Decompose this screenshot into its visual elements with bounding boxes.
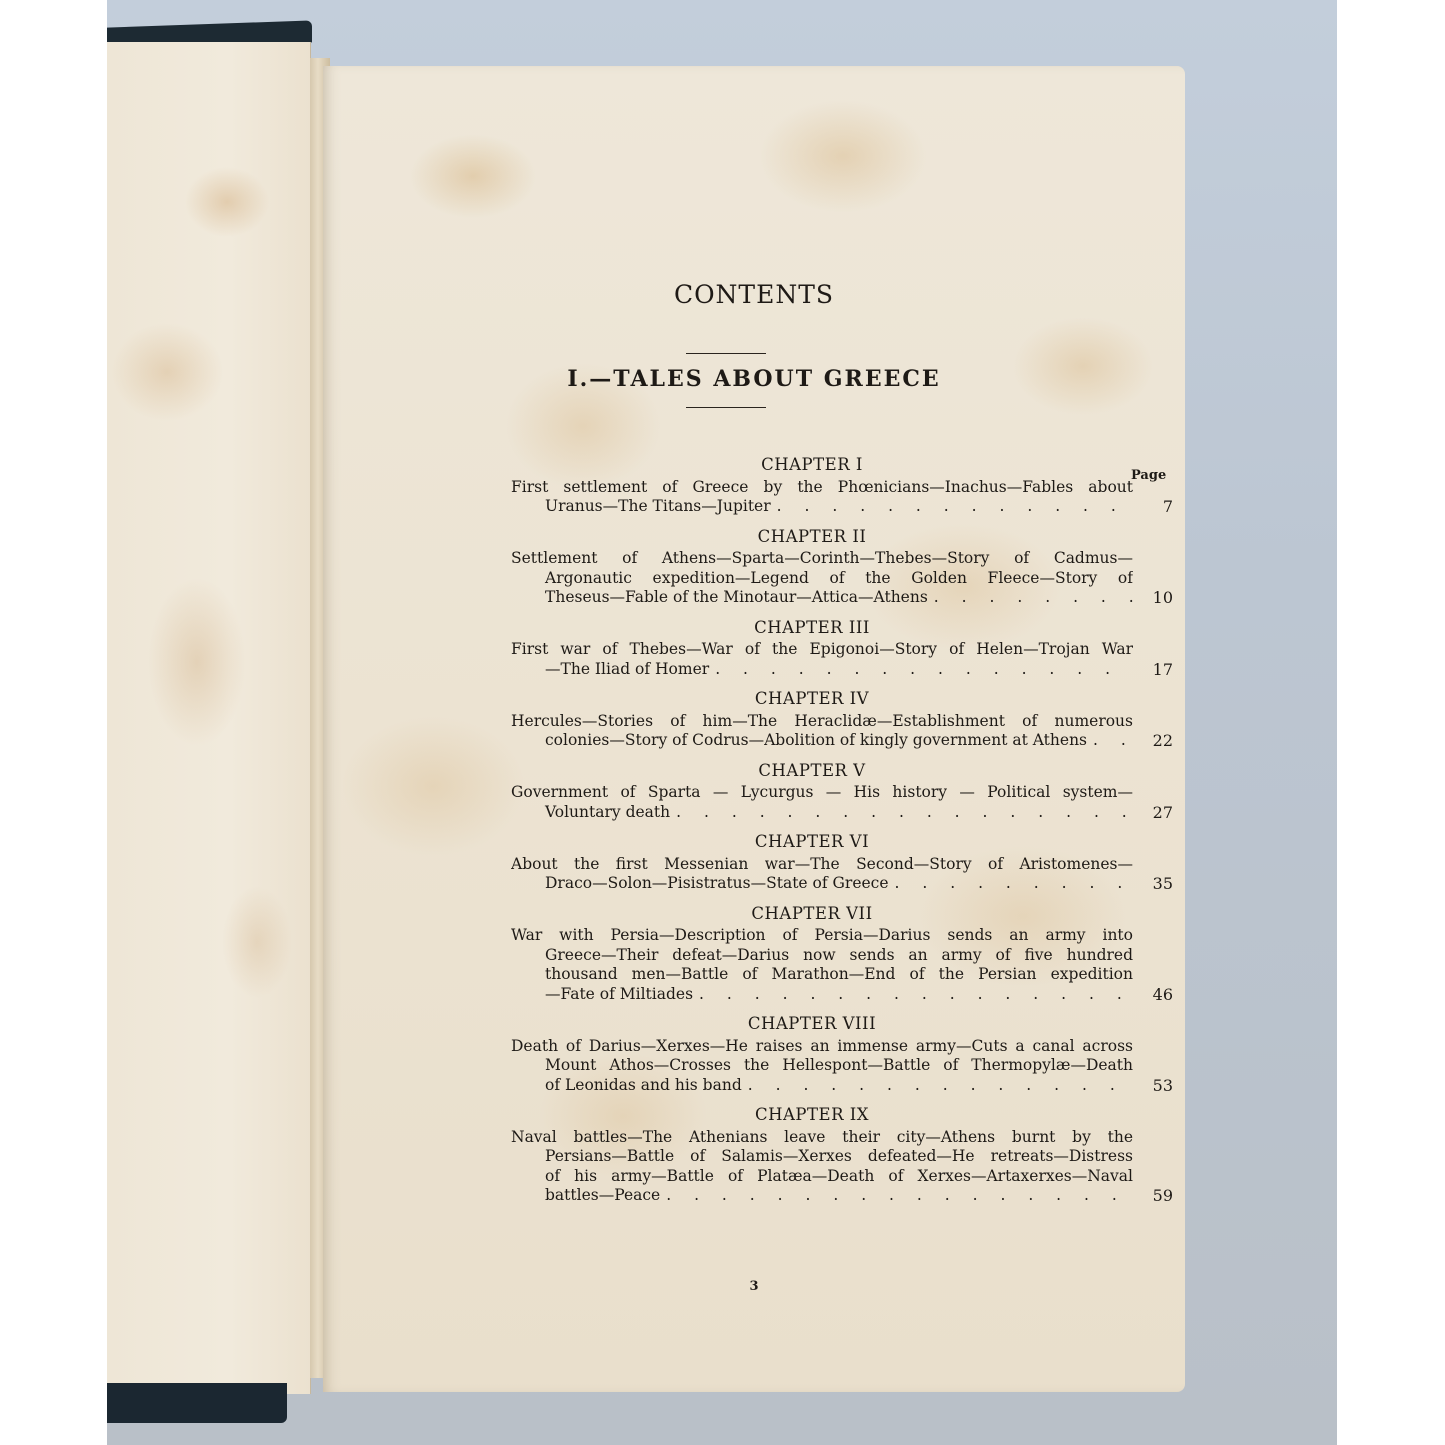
dot-leader (660, 1186, 1133, 1206)
toc-chapter: CHAPTER V Government of Sparta — Lycurgu… (511, 761, 1173, 823)
toc-chapter: CHAPTER I First settlement of Greece by … (511, 455, 1173, 517)
entry-text-line: Hercules—Stories of him—The Heraclidæ—Es… (511, 712, 1133, 732)
entry-text: battles—Peace (545, 1186, 660, 1206)
toc-chapter: CHAPTER IX Naval battles—The Athenians l… (511, 1105, 1173, 1206)
entry-text-line: Death of Darius—Xerxes—He raises an imme… (511, 1037, 1133, 1057)
chapter-page-number: 53 (1137, 1076, 1173, 1096)
chapter-page-number: 10 (1137, 588, 1173, 608)
entry-text-line: First war of Thebes—War of the Epigonoi—… (511, 640, 1133, 660)
entry-text-line: —The Iliad of Homer (511, 660, 1133, 680)
page-title: CONTENTS (323, 280, 1185, 309)
chapter-heading: CHAPTER VI (491, 832, 1173, 852)
section-title: I.—TALES ABOUT GREECE (323, 366, 1185, 392)
entry-text: of Leonidas and his band (545, 1076, 742, 1096)
entry-text-line: —Fate of Miltiades (511, 985, 1133, 1005)
entry-text: Voluntary death (545, 803, 670, 823)
page-number: 3 (323, 1279, 1185, 1294)
book-photo: CONTENTS I.—TALES ABOUT GREECE Page CHAP… (107, 0, 1337, 1445)
chapter-entry: Settlement of Athens—Sparta—Corinth—Theb… (511, 549, 1173, 608)
chapter-page-number: 7 (1137, 497, 1173, 517)
chapter-heading: CHAPTER III (491, 618, 1173, 638)
chapter-heading: CHAPTER I (491, 455, 1173, 475)
chapter-page-number: 22 (1137, 731, 1173, 751)
chapter-heading: CHAPTER II (491, 527, 1173, 547)
entry-text: —Fate of Miltiades (545, 985, 693, 1005)
chapter-entry: War with Persia—Description of Persia—Da… (511, 926, 1173, 1004)
chapter-heading: CHAPTER V (491, 761, 1173, 781)
entry-text-line: Settlement of Athens—Sparta—Corinth—Theb… (511, 549, 1133, 569)
toc-chapter: CHAPTER II Settlement of Athens—Sparta—C… (511, 527, 1173, 608)
toc-chapter: CHAPTER VII War with Persia—Description … (511, 904, 1173, 1005)
dot-leader (928, 588, 1133, 608)
chapter-page-number: 35 (1137, 874, 1173, 894)
entry-text-line: Mount Athos—Crosses the Hellespont—Battl… (511, 1056, 1133, 1076)
entry-text: —The Iliad of Homer (545, 660, 709, 680)
chapter-heading: CHAPTER IX (491, 1105, 1173, 1125)
entry-text-line: War with Persia—Description of Persia—Da… (511, 926, 1133, 946)
entry-text: Uranus—The Titans—Jupiter (545, 497, 771, 517)
dot-leader (670, 803, 1133, 823)
entry-text-line: thousand men—Battle of Marathon—End of t… (511, 965, 1133, 985)
dot-leader (889, 874, 1133, 894)
chapter-page-number: 46 (1137, 985, 1173, 1005)
dot-leader (693, 985, 1133, 1005)
dot-leader (742, 1076, 1133, 1096)
title-divider-bottom (686, 407, 766, 408)
toc-chapter: CHAPTER VI About the first Messenian war… (511, 832, 1173, 894)
dot-leader (709, 660, 1133, 680)
page-content: CONTENTS I.—TALES ABOUT GREECE Page CHAP… (323, 66, 1185, 1392)
entry-text: Theseus—Fable of the Minotaur—Attica—Ath… (545, 588, 928, 608)
entry-text-line: Voluntary death (511, 803, 1133, 823)
entry-text-line: battles—Peace (511, 1186, 1133, 1206)
chapter-page-number: 59 (1137, 1186, 1173, 1206)
dot-leader (1087, 731, 1133, 751)
entry-text: colonies—Story of Codrus—Abolition of ki… (545, 731, 1087, 751)
entry-text-line: Argonautic expedition—Legend of the Gold… (511, 569, 1133, 589)
table-of-contents: CHAPTER I First settlement of Greece by … (511, 455, 1173, 1216)
chapter-entry: About the first Messenian war—The Second… (511, 855, 1173, 894)
chapter-heading: CHAPTER VIII (491, 1014, 1173, 1034)
chapter-entry: Naval battles—The Athenians leave their … (511, 1128, 1173, 1206)
chapter-page-number: 17 (1137, 660, 1173, 680)
chapter-heading: CHAPTER IV (491, 689, 1173, 709)
entry-text: Draco—Solon—Pisistratus—State of Greece (545, 874, 889, 894)
chapter-heading: CHAPTER VII (491, 904, 1173, 924)
entry-text-line: Greece—Their defeat—Darius now sends an … (511, 946, 1133, 966)
entry-text-line: Persians—Battle of Salamis—Xerxes defeat… (511, 1147, 1133, 1167)
book-cover-bottom-edge (107, 1383, 287, 1423)
toc-chapter: CHAPTER III First war of Thebes—War of t… (511, 618, 1173, 680)
entry-text-line: First settlement of Greece by the Phœnic… (511, 478, 1133, 498)
entry-text-line: Theseus—Fable of the Minotaur—Attica—Ath… (511, 588, 1133, 608)
chapter-entry: First war of Thebes—War of the Epigonoi—… (511, 640, 1173, 679)
contents-page: CONTENTS I.—TALES ABOUT GREECE Page CHAP… (323, 66, 1185, 1392)
chapter-entry: First settlement of Greece by the Phœnic… (511, 478, 1173, 517)
entry-text-line: of Leonidas and his band (511, 1076, 1133, 1096)
entry-text-line: Government of Sparta — Lycurgus — His hi… (511, 783, 1133, 803)
toc-chapter: CHAPTER VIII Death of Darius—Xerxes—He r… (511, 1014, 1173, 1095)
chapter-page-number: 27 (1137, 803, 1173, 823)
entry-text-line: Uranus—The Titans—Jupiter (511, 497, 1133, 517)
chapter-entry: Hercules—Stories of him—The Heraclidæ—Es… (511, 712, 1173, 751)
entry-text-line: About the first Messenian war—The Second… (511, 855, 1133, 875)
dot-leader (771, 497, 1133, 517)
title-divider-top (686, 353, 766, 354)
left-flyleaf-page (107, 42, 311, 1394)
entry-text-line: of his army—Battle of Platæa—Death of Xe… (511, 1167, 1133, 1187)
toc-chapter: CHAPTER IV Hercules—Stories of him—The H… (511, 689, 1173, 751)
entry-text-line: Draco—Solon—Pisistratus—State of Greece (511, 874, 1133, 894)
chapter-entry: Government of Sparta — Lycurgus — His hi… (511, 783, 1173, 822)
entry-text-line: colonies—Story of Codrus—Abolition of ki… (511, 731, 1133, 751)
chapter-entry: Death of Darius—Xerxes—He raises an imme… (511, 1037, 1173, 1096)
entry-text-line: Naval battles—The Athenians leave their … (511, 1128, 1133, 1148)
